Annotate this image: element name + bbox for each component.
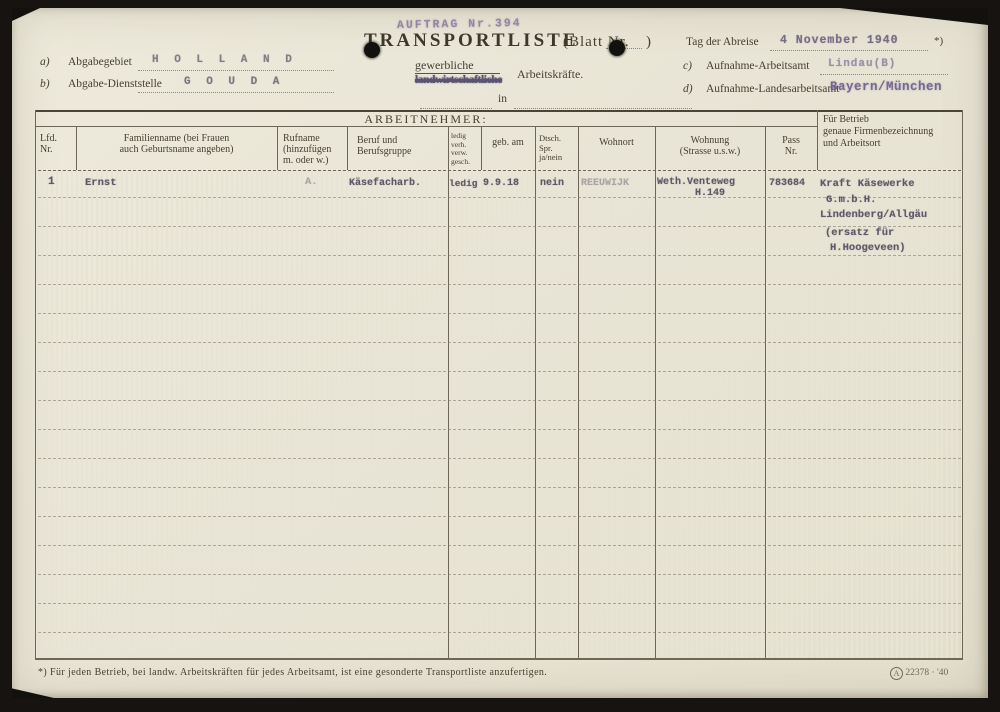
print-code-block: A 22378 · '40 [890,667,948,680]
col-header-lfd: Lfd. Nr. [40,133,57,155]
scanned-document: AUFTRAG Nr.394 TRANSPORTLISTE (Blatt Nr.… [0,0,1000,712]
col-header-line: Rufname [283,133,331,144]
col-header-geb: geb. am [481,137,535,148]
print-code: 22378 · '40 [905,668,948,678]
field-d-prefix: d) [683,83,693,95]
punch-hole-left [364,42,380,58]
field-a-value: H O L L A N D [152,54,296,66]
row1-wohnort: REEUWIJK [581,178,629,189]
row1-betrieb-line: G.m.b.H. [820,193,927,209]
col-header-stand: ledig verh. verw. gesch. [451,132,470,166]
col-header-line: ja/nein [539,153,562,163]
col-header-wohnung: Wohnung (Strasse u.s.w.) [655,135,765,157]
footnote: *) Für jeden Betrieb, bei landw. Arbeits… [38,667,547,678]
field-d-value-stamp: Bayern/München [830,80,942,94]
col-header-line: Wohnung [655,135,765,146]
table-right-border [962,110,963,658]
row1-stand: ledig [449,178,478,189]
col-header-line: Nr. [765,146,817,157]
row1-dtsch: nein [540,178,564,189]
field-b-prefix: b) [40,78,50,90]
col-header-line: geb. am [481,137,535,148]
col-header-dtsch: Dtsch. Spr. ja/nein [539,134,562,163]
field-a-label: Abgabegebiet [68,56,132,68]
row1-betrieb: Kraft Käsewerke G.m.b.H. Lindenberg/Allg… [820,177,927,257]
col-header-line: genaue Firmenbezeichnung [823,126,933,138]
arbeitnehmer-band-label: ARBEITNEHMER: [35,112,817,127]
row1-betrieb-line: (ersatz für [820,224,927,242]
row1-nr: 1 [48,176,55,188]
landwirtschaftliche-label-struck: landwirtschaftliche [415,74,502,86]
field-c-value: Lindau(B) [828,58,896,70]
col-header-line: Berufsgruppe [357,146,411,157]
paper-sheet: AUFTRAG Nr.394 TRANSPORTLISTE (Blatt Nr.… [12,8,988,698]
col-header-rufname: Rufname (hinzufügen m. oder w.) [283,133,331,166]
row1-betrieb-line: H.Hoogeveen) [820,241,927,257]
abreise-label: Tag der Abreise [686,36,759,48]
col-header-line: m. oder w.) [283,155,331,166]
in-blank-right [514,96,692,109]
band-bottom-line [35,126,817,127]
row1-betrieb-line: Lindenberg/Allgäu [820,208,927,224]
col-header-betrieb: Für Betrieb genaue Firmenbezeichnung und… [823,114,933,150]
in-label: in [498,93,507,105]
row1-geb: 9.9.18 [483,178,519,189]
col-header-line: und Arbeitsort [823,138,933,150]
printer-mark-icon: A [890,667,903,680]
in-blank-left [420,96,492,109]
punch-hole-right [609,40,625,56]
col-header-line: (hinzufügen [283,144,331,155]
col-header-line: Beruf und [357,135,411,146]
col-header-line: auch Geburtsname angeben) [76,144,277,155]
form-title: TRANSPORTLISTE [364,30,579,52]
blatt-nr-close-paren: ) [646,34,651,51]
arbeitskraefte-label: Arbeitskräfte. [517,67,583,82]
abreise-footnote-ref: *) [934,35,943,47]
table-bottom-border [35,658,963,660]
row1-betrieb-line: Kraft Käsewerke [820,177,927,193]
col-header-line: Pass [765,135,817,146]
abreise-value: 4 November 1940 [780,34,899,47]
gewerbliche-label: gewerbliche [415,58,500,74]
col-header-line: Nr. [40,144,57,155]
field-c-label: Aufnahme-Arbeitsamt [706,60,809,72]
col-header-line: Für Betrieb [823,114,933,126]
col-header-pass: Pass Nr. [765,135,817,157]
row1-wohnung-line1: Weth.Venteweg [657,177,763,188]
col-header-line: Familienname (bei Frauen [76,133,277,144]
field-a-prefix: a) [40,56,50,68]
col-header-beruf: Beruf und Berufsgruppe [357,135,411,157]
col-header-line: (Strasse u.s.w.) [655,146,765,157]
col-header-line: gesch. [451,158,470,167]
col-header-familienname: Familienname (bei Frauen auch Geburtsnam… [76,133,277,155]
field-d-label: Aufnahme-Landesarbeitsamt [706,83,839,95]
gewerbliche-option: gewerbliche [415,58,500,73]
row1-beruf: Käsefacharb. [349,178,421,189]
row1-wohnung-line2: H.149 [657,188,763,199]
row1-rufname: A. [305,176,318,188]
row1-pass: 783684 [769,178,805,189]
field-c-prefix: c) [683,60,692,72]
col-header-wohnort: Wohnort [578,137,655,148]
row1-familienname: Ernst [85,177,117,189]
col-header-line: Lfd. [40,133,57,144]
field-b-value: G O U D A [184,76,284,88]
row1-wohnung: Weth.Venteweg H.149 [657,177,763,199]
col-header-line: Wohnort [578,137,655,148]
